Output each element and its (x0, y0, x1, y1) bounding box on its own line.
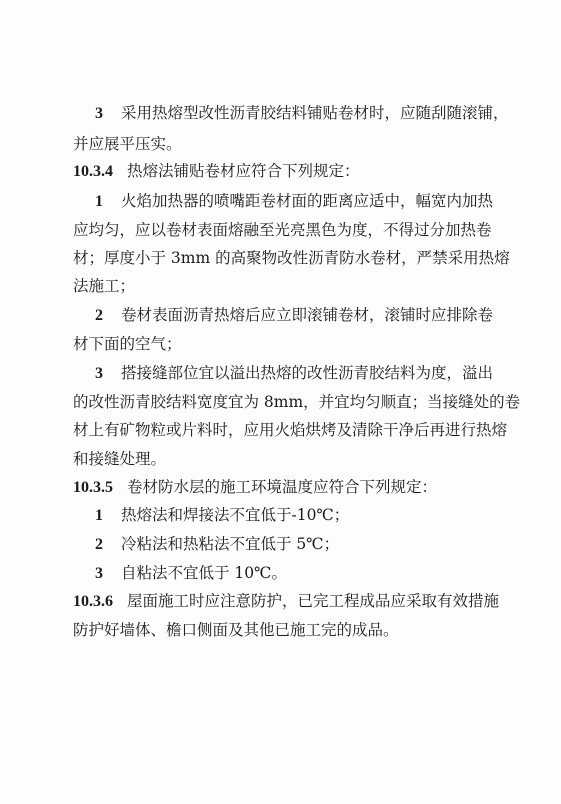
line-text: 屋面施工时应注意防护，已完工程成品应采取有效措施 (127, 592, 499, 610)
line-text: 法施工； (73, 277, 135, 295)
clause-10-3-5: 10.3.5卷材防水层的施工环境温度应符合下列规定： (73, 477, 473, 498)
line-text: 卷材表面沥青热熔后应立即滚铺卷材，滚铺时应排除卷 (121, 306, 493, 324)
text-line: 法施工； (73, 276, 473, 296)
text-line: 并应展平压实。 (73, 134, 473, 154)
line-text: 应均匀，应以卷材表面熔融至光亮黑色为度，不得过分加热卷 (73, 221, 492, 239)
line-text: 材下面的空气； (73, 335, 182, 353)
line-text: 自粘法不宜低于 10℃。 (121, 564, 287, 582)
line-text: 火焰加热器的喷嘴距卷材面的距离应适中，幅宽内加热 (121, 192, 493, 210)
item-number: 2 (95, 536, 103, 553)
text-line: 材；厚度小于 3mm 的高聚物改性沥青防水卷材，严禁采用热熔 (73, 248, 473, 268)
text-line: 材下面的空气； (73, 334, 473, 354)
text-line: 和接缝处理。 (73, 449, 473, 469)
line-text: 冷粘法和热粘法不宜低于 5℃； (121, 535, 339, 553)
document-page: 3采用热熔型改性沥青胶结料铺贴卷材时，应随刮随滚铺， 并应展平压实。 10.3.… (0, 0, 561, 804)
line-text: 并应展平压实。 (73, 135, 182, 153)
text-line: 3自粘法不宜低于 10℃。 (95, 563, 473, 584)
text-line: 应均匀，应以卷材表面熔融至光亮黑色为度，不得过分加热卷 (73, 220, 473, 240)
line-text: 采用热熔型改性沥青胶结料铺贴卷材时，应随刮随滚铺， (121, 104, 509, 122)
item-number: 3 (95, 365, 103, 382)
clause-number: 10.3.5 (73, 479, 113, 496)
clause-number: 10.3.6 (73, 593, 113, 610)
text-line: 1热熔法和焊接法不宜低于-10℃； (95, 505, 473, 526)
line-text: 和接缝处理。 (73, 450, 166, 468)
text-line: 材上有矿物粒或片料时，应用火焰烘烤及清除干净后再进行热熔 (73, 420, 473, 440)
text-line: 防护好墙体、檐口侧面及其他已施工完的成品。 (73, 620, 473, 640)
line-text: 的改性沥青胶结料宽度宜为 8mm，并宜均匀顺直；当接缝处的卷 (73, 393, 520, 411)
text-line: 1火焰加热器的喷嘴距卷材面的距离应适中，幅宽内加热 (95, 191, 473, 212)
text-line: 2冷粘法和热粘法不宜低于 5℃； (95, 534, 473, 555)
item-number: 3 (95, 105, 103, 122)
line-text: 材上有矿物粒或片料时，应用火焰烘烤及清除干净后再进行热熔 (73, 421, 507, 439)
line-text: 热熔法铺贴卷材应符合下列规定： (127, 162, 360, 180)
line-text: 搭接缝部位宜以溢出热熔的改性沥青胶结料为度，溢出 (121, 364, 493, 382)
line-text: 热熔法和焊接法不宜低于-10℃； (121, 506, 349, 524)
text-line: 3搭接缝部位宜以溢出热熔的改性沥青胶结料为度，溢出 (95, 363, 473, 384)
text-line: 3采用热熔型改性沥青胶结料铺贴卷材时，应随刮随滚铺， (95, 103, 473, 124)
line-text: 材；厚度小于 3mm 的高聚物改性沥青防水卷材，严禁采用热熔 (73, 249, 510, 267)
text-line: 2卷材表面沥青热熔后应立即滚铺卷材，滚铺时应排除卷 (95, 305, 473, 326)
line-text: 卷材防水层的施工环境温度应符合下列规定： (127, 478, 437, 496)
item-number: 1 (95, 507, 103, 524)
item-number: 1 (95, 193, 103, 210)
clause-number: 10.3.4 (73, 163, 113, 180)
item-number: 2 (95, 307, 103, 324)
text-line: 的改性沥青胶结料宽度宜为 8mm，并宜均匀顺直；当接缝处的卷 (73, 392, 473, 412)
clause-10-3-6: 10.3.6屋面施工时应注意防护，已完工程成品应采取有效措施 (73, 591, 473, 612)
line-text: 防护好墙体、檐口侧面及其他已施工完的成品。 (73, 621, 399, 639)
clause-10-3-4: 10.3.4热熔法铺贴卷材应符合下列规定： (73, 161, 473, 182)
item-number: 3 (95, 565, 103, 582)
